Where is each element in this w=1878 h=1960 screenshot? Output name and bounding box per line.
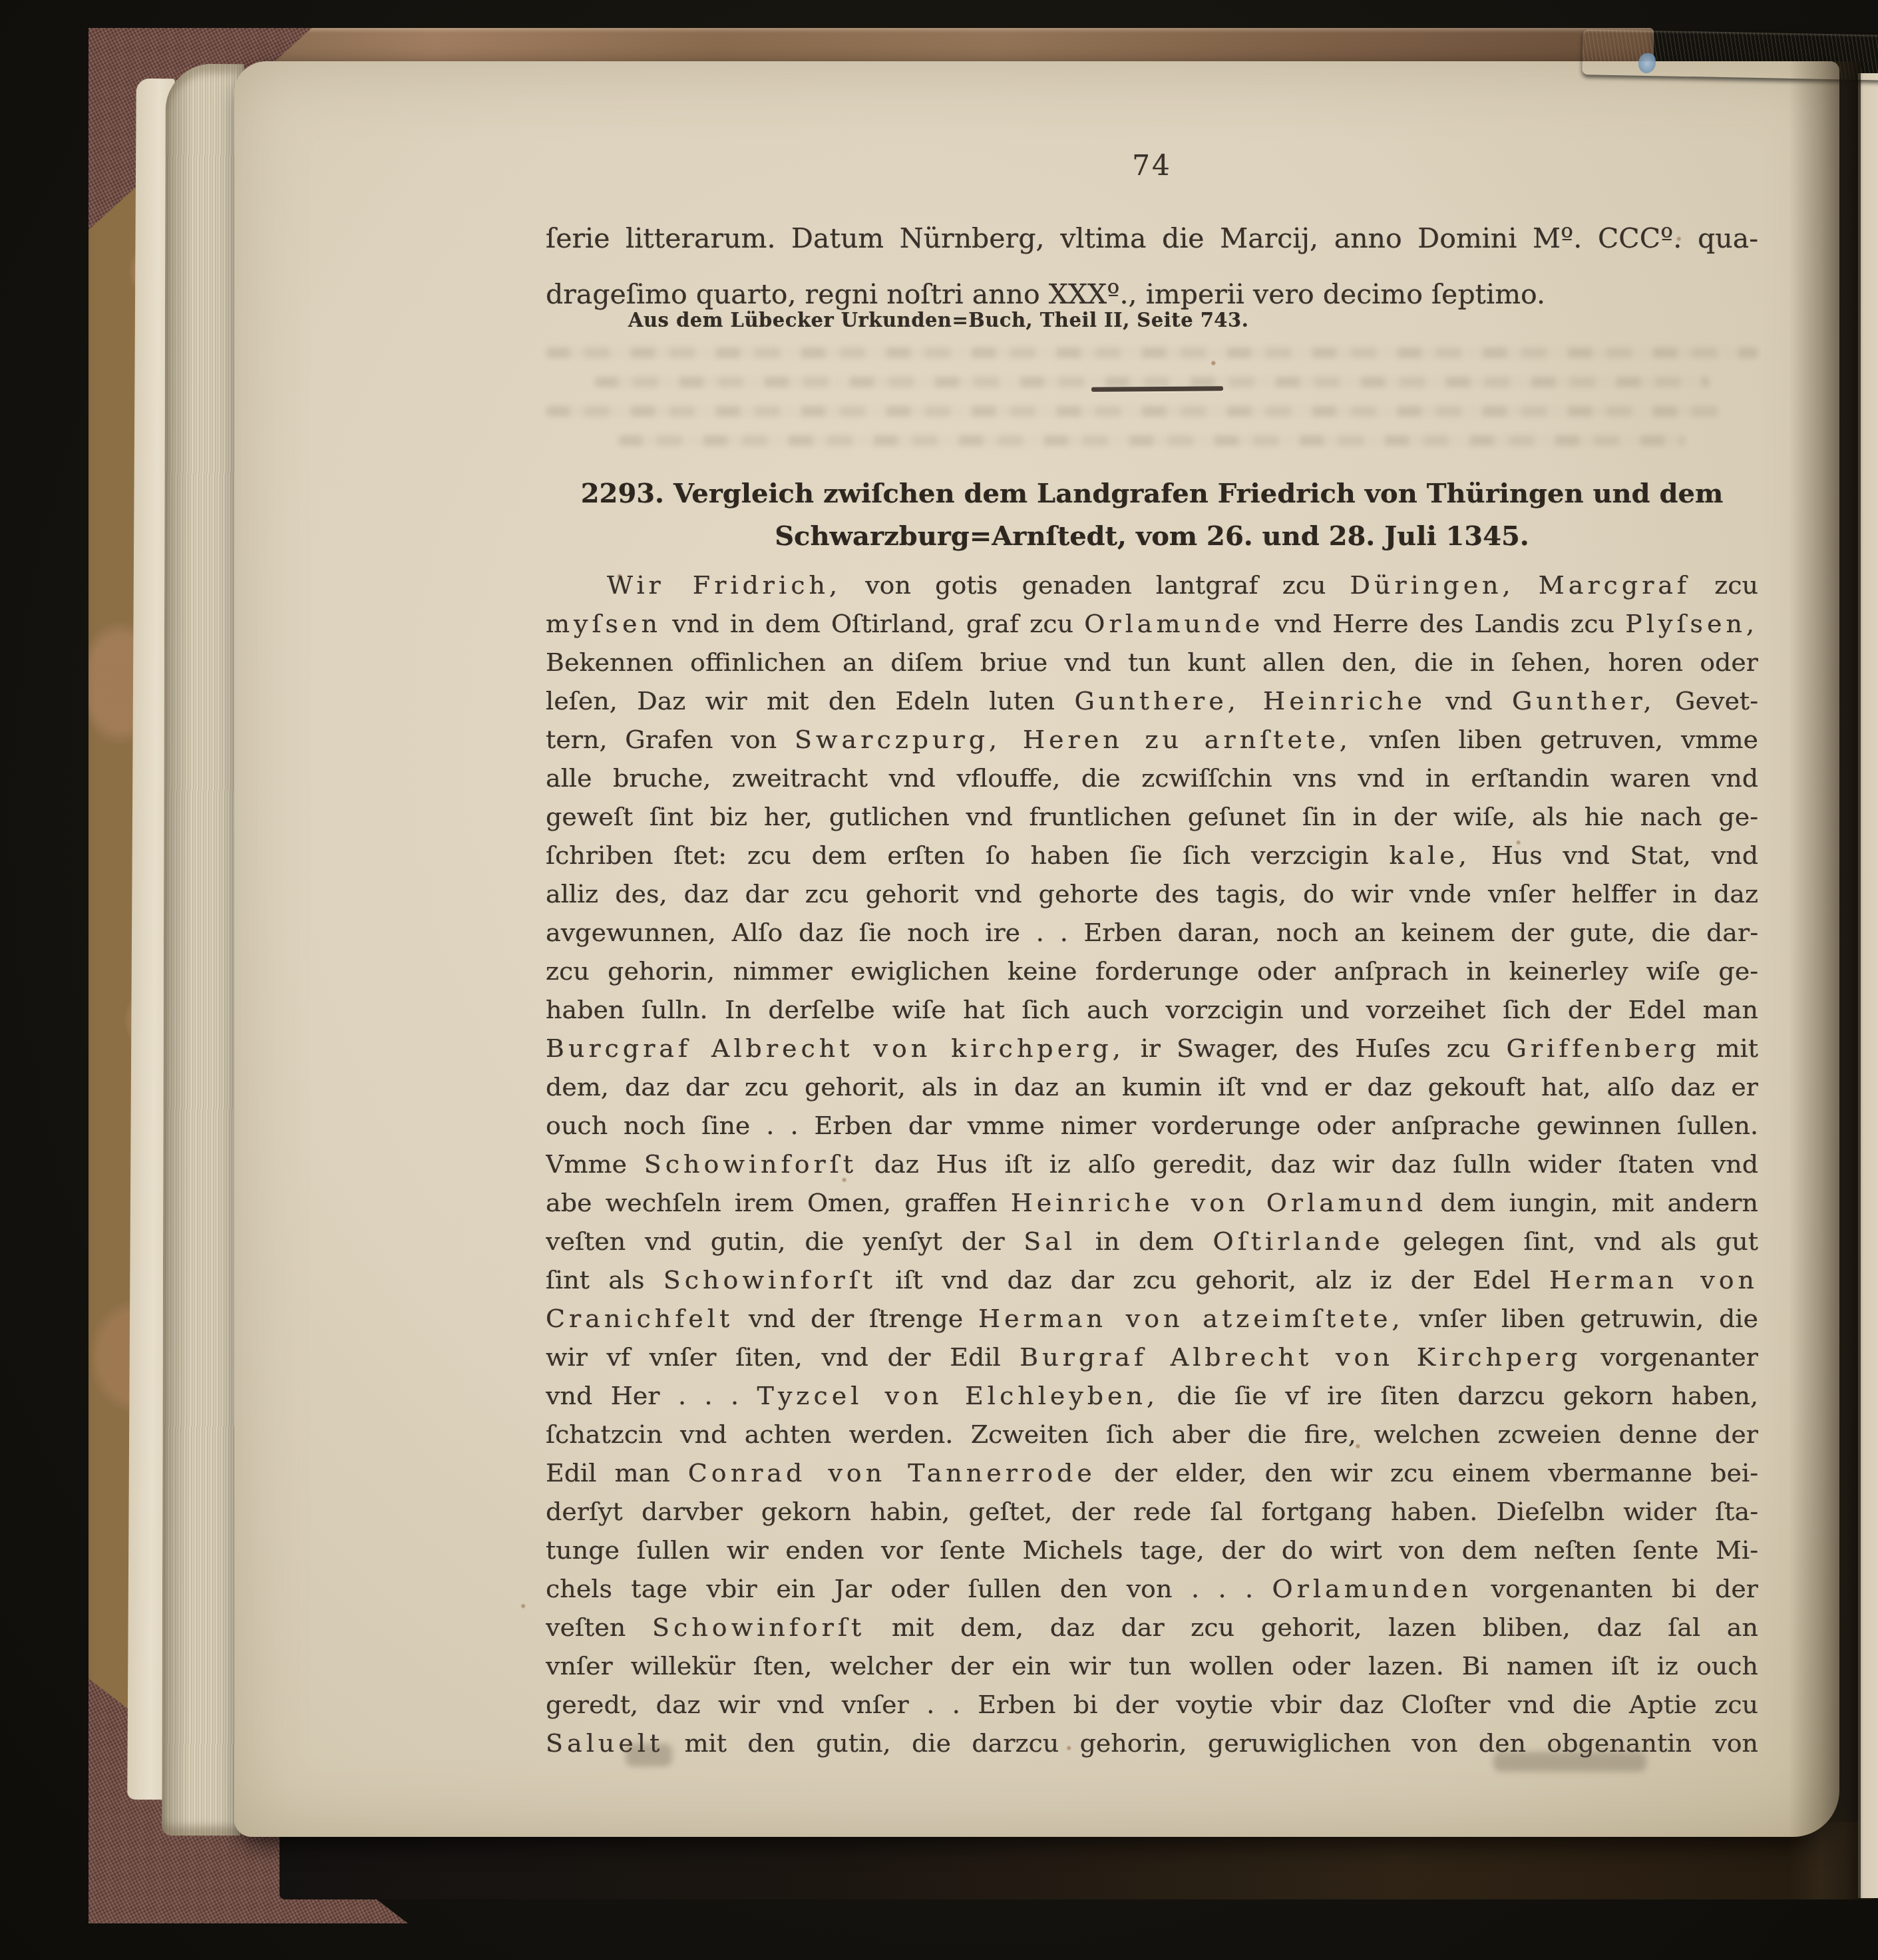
text-line: alle bruche, zweitracht vnd vflouffe, di…	[546, 759, 1758, 797]
text-line: Vmme Schowinforſt daz Hus iſt iz alſo ge…	[546, 1145, 1758, 1183]
book-page: 74 ſerie litterarum. Datum Nürnberg, vlt…	[234, 61, 1839, 1837]
text-line: myſsen vnd in dem Oſtirland, graf zcu Or…	[546, 604, 1758, 643]
text-line: leſen, Daz wir mit den Edeln luten Gunth…	[546, 682, 1758, 720]
text-line: vnſer willekür ſten, welcher der ein wir…	[546, 1647, 1758, 1685]
page-stack-edges	[162, 64, 244, 1836]
bleedthrough-line	[618, 435, 1685, 446]
text-line: ſint als Schowinforſt iſt vnd daz dar zc…	[546, 1261, 1758, 1299]
source-note: Aus dem Lübecker Urkunden=Buch, Theil II…	[628, 309, 1248, 331]
text-line: Saluelt mit den gutin, die darzcu gehori…	[546, 1724, 1758, 1762]
text-line: wir vf vnſer ſiten, vnd der Edil Burgraf…	[546, 1338, 1758, 1376]
charter-body-text: Wir Fridrich, von gotis genaden lantgraf…	[546, 566, 1758, 1762]
text-line: veſten vnd gutin, die yenſyt der Sal in …	[546, 1222, 1758, 1261]
text-line: haben ſulln. In derſelbe wiſe hat ſich a…	[546, 990, 1758, 1029]
heading-line: Schwarzburg=Arnſtedt, vom 26. und 28. Ju…	[546, 515, 1758, 558]
gutter-shadow	[1789, 61, 1861, 1899]
bleedthrough-text-block	[546, 347, 1758, 465]
text-line: derſyt darvber gekorn habin, geſtet, der…	[546, 1492, 1758, 1531]
text-line: avgewunnen, Alſo daz ſie noch ire . . Er…	[546, 913, 1758, 952]
text-line: geredt, daz wir vnd vnſer . . Erben bi d…	[546, 1685, 1758, 1724]
text-line: chels tage vbir ein Jar oder ſullen den …	[546, 1569, 1758, 1608]
entry-heading: 2293. Vergleich zwiſchen dem Landgrafen …	[546, 473, 1758, 558]
text-line: Burcgraf Albrecht von kirchperg, ir Swag…	[546, 1029, 1758, 1068]
text-line: dem, daz dar zcu gehorit, als in daz an …	[546, 1068, 1758, 1106]
bleedthrough-line	[546, 347, 1758, 358]
text-line: Edil man Conrad von Tannerrode der elder…	[546, 1454, 1758, 1492]
text-line: ſchatzcin vnd achten werden. Zcweiten ſi…	[546, 1415, 1758, 1454]
bleedthrough-line	[594, 377, 1710, 387]
text-line: veſten Schowinforſt mit dem, daz dar zcu…	[546, 1608, 1758, 1647]
text-line: Wir Fridrich, von gotis genaden lantgraf…	[546, 566, 1758, 604]
text-line: alliz des, daz dar zcu gehorit vnd gehor…	[546, 875, 1758, 913]
text-line: Cranichfelt vnd der ſtrenge Herman von a…	[546, 1299, 1758, 1338]
photo-stage: 74 ſerie litterarum. Datum Nürnberg, vlt…	[0, 0, 1878, 1960]
text-line: tunge ſullen wir enden vor ſente Michels…	[546, 1531, 1758, 1569]
text-line: tern, Grafen von Swarczpurg, Heren zu ar…	[546, 720, 1758, 759]
text-line: Bekennen offinlichen an diſem briue vnd …	[546, 643, 1758, 682]
text-line: vnd Her . . . Tyzcel von Elchleyben, die…	[546, 1376, 1758, 1415]
text-line: ſchriben ſtet: zcu dem erſten ſo haben ſ…	[546, 836, 1758, 875]
page-number: 74	[546, 149, 1758, 182]
facing-page-sliver	[1858, 73, 1878, 1898]
bleedthrough-line	[546, 406, 1722, 417]
text-line: geweſt ſint biz her, gutlichen vnd frunt…	[546, 797, 1758, 836]
text-line: abe wechſeln irem Omen, graffen Heinrich…	[546, 1183, 1758, 1222]
text-line: zcu gehorin, nimmer ewiglichen keine for…	[546, 952, 1758, 990]
text-line: ſerie litterarum. Datum Nürnberg, vltima…	[546, 210, 1758, 266]
intro-paragraph: ſerie litterarum. Datum Nürnberg, vltima…	[546, 210, 1758, 322]
heading-line: 2293. Vergleich zwiſchen dem Landgrafen …	[546, 473, 1758, 515]
text-line: ouch noch ſine . . Erben dar vmme nimer …	[546, 1106, 1758, 1145]
